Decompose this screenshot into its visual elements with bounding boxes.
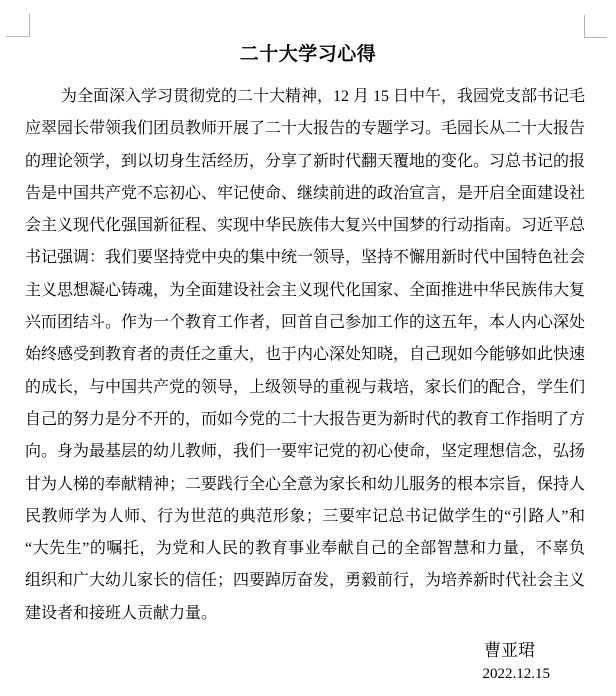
body-line: 会主义现代化强国新征程、实现中华民族伟大复兴中国梦的行动指南。习近平总 — [25, 210, 585, 242]
body-line: 为全面深入学习贯彻党的二十大精神，12 月 15 日中午，我园党支部书记毛 — [25, 81, 585, 113]
body-line: 应翠园长带领我们团员教师开展了二十大报告的专题学习。毛园长从二十大报告 — [25, 113, 585, 145]
body-line: 的理论领学，到以切身生活经历，分享了新时代翻天覆地的变化。习总书记的报 — [25, 146, 585, 178]
document-page: 二十大学习心得 为全面深入学习贯彻党的二十大精神，12 月 15 日中午，我园党… — [0, 0, 616, 696]
document-body: 为全面深入学习贯彻党的二十大精神，12 月 15 日中午，我园党支部书记毛应翠园… — [25, 81, 585, 630]
body-line: 向。身为最基层的幼儿教师，我们一要牢记党的初心使命，坚定理想信念，弘扬 — [25, 436, 585, 468]
signature-date: 2022.12.15 — [483, 664, 551, 684]
body-line: 自己的努力是分不开的，而如今党的二十大报告更为新时代的教育工作指明了方 — [25, 404, 585, 436]
document-title: 二十大学习心得 — [0, 42, 616, 68]
body-line: 甘为人梯的奉献精神；二要践行全心全意为家长和幼儿服务的根本宗旨，保持人 — [25, 469, 585, 501]
body-line: 的成长，与中国共产党的领导，上级领导的重视与栽培，家长们的配合，学生们 — [25, 372, 585, 404]
body-line: 始终感受到教育者的责任之重大，也于内心深处知晓，自己现如今能够如此快速 — [25, 339, 585, 371]
body-line: 建设者和接班人贡献力量。 — [25, 598, 585, 630]
body-line: 书记强调：我们要坚持党中央的集中统一领导，坚持不懈用新时代中国特色社会 — [25, 242, 585, 274]
body-line: 兴而团结斗。作为一个教育工作者，回首自己参加工作的这五年，本人内心深处 — [25, 307, 585, 339]
margin-crop-mark-top-right — [584, 15, 607, 38]
body-line: 告是中国共产党不忘初心、牢记使命、继续前进的政治宣言，是开启全面建设社 — [25, 178, 585, 210]
body-line: “大先生”的嘱托，为党和人民的教育事业奉献自己的全部智慧和力量，不辜负 — [25, 533, 585, 565]
margin-crop-mark-top-left — [6, 14, 30, 37]
body-line: 组织和广大幼儿家长的信任；四要踔厉奋发，勇毅前行，为培养新时代社会主义 — [25, 565, 585, 597]
signature-name: 曹亚珺 — [484, 640, 535, 662]
body-line: 主义思想凝心铸魂，为全面建设社会主义现代化国家、全面推进中华民族伟大复 — [25, 275, 585, 307]
body-line: 民教师学为人师、行为世范的典范形象；三要牢记总书记做学生的“引路人”和 — [25, 501, 585, 533]
